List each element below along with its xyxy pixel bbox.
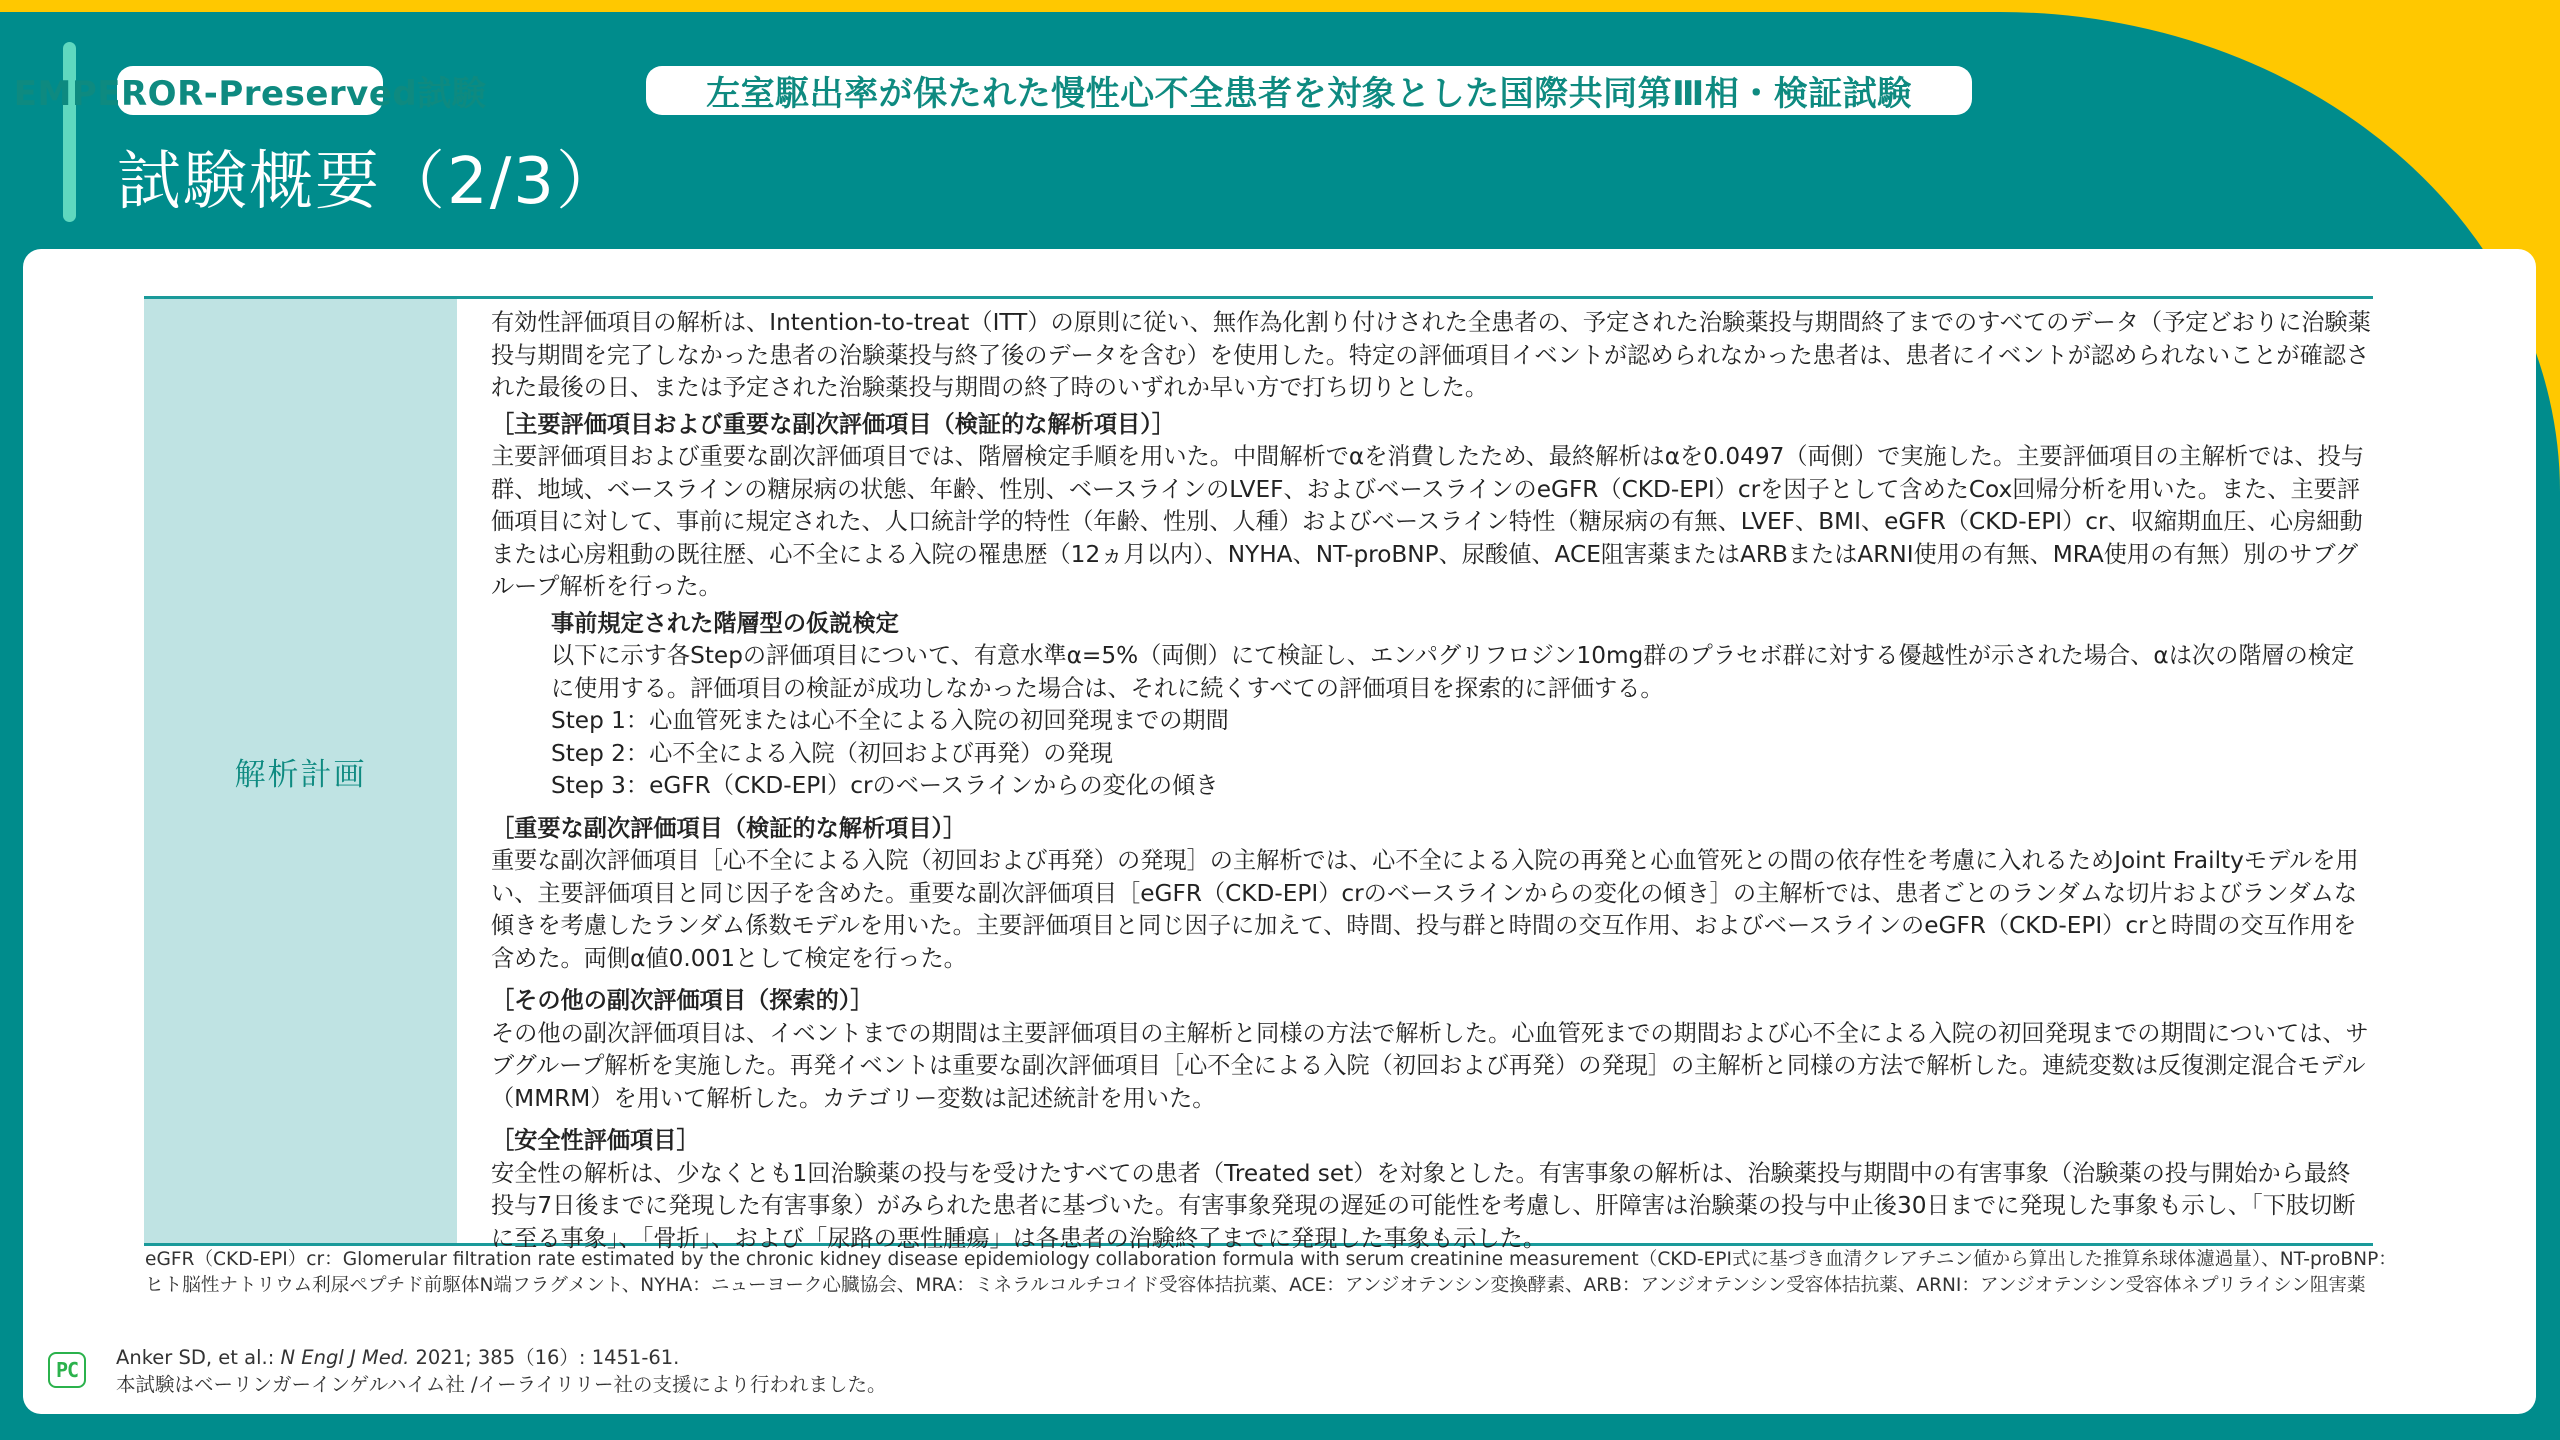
section-heading-safety: ［安全性評価項目］ (491, 1125, 2373, 1158)
analysis-plan-table: 解析計画 有効性評価項目の解析は、Intention-to-treat（ITT）… (144, 296, 2373, 1246)
step-item: Step 1：心血管死または心不全による入院の初回発現までの期間 (551, 705, 2373, 738)
subsection-body: 以下に示す各Stepの評価項目について、有意水準α=5%（両側）にて検証し、エン… (551, 640, 2373, 705)
section-heading-primary: ［主要評価項目および重要な副次評価項目（検証的な解析項目）］ (491, 409, 2373, 442)
trial-description-pill: 左室駆出率が保たれた慢性心不全患者を対象とした国際共同第Ⅲ相・検証試験 (646, 66, 1972, 115)
hierarchical-testing-block: 事前規定された階層型の仮説検定 以下に示す各Stepの評価項目について、有意水準… (491, 608, 2373, 803)
references: Anker SD, et al.: N Engl J Med. 2021; 38… (116, 1344, 887, 1398)
pc-logo-icon: PC (48, 1352, 86, 1388)
row-label: 解析計画 (235, 749, 367, 794)
abbreviations-text: eGFR（CKD-EPI）cr：Glomerular filtration ra… (145, 1247, 2415, 1299)
page-title: 試験概要（2/3） (117, 130, 622, 222)
support-statement: 本試験はベーリンガーインゲルハイム社 /イーライリリー社の支援により行われました… (116, 1371, 887, 1398)
row-content-cell: 有効性評価項目の解析は、Intention-to-treat（ITT）の原則に従… (457, 299, 2373, 1243)
section-heading-key-secondary: ［重要な副次評価項目（検証的な解析項目）］ (491, 813, 2373, 846)
abbreviation-footnotes: eGFR（CKD-EPI）cr：Glomerular filtration ra… (145, 1247, 2415, 1299)
section-body-other-secondary: その他の副次評価項目は、イベントまでの期間は主要評価項目の主解析と同様の方法で解… (491, 1018, 2373, 1116)
intro-paragraph: 有効性評価項目の解析は、Intention-to-treat（ITT）の原則に従… (491, 307, 2373, 405)
section-body-safety: 安全性の解析は、少なくとも1回治験薬の投与を受けたすべての患者（Treated … (491, 1158, 2373, 1256)
citation: Anker SD, et al.: N Engl J Med. 2021; 38… (116, 1344, 887, 1371)
step-item: Step 3：eGFR（CKD-EPI）crのベースラインからの変化の傾き (551, 770, 2373, 803)
step-item: Step 2：心不全による入院（初回および再発）の発現 (551, 738, 2373, 771)
section-body-key-secondary: 重要な副次評価項目［心不全による入院（初回および再発）の発現］の主解析では、心不… (491, 845, 2373, 975)
section-body-primary: 主要評価項目および重要な副次評価項目では、階層検定手順を用いた。中間解析でαを消… (491, 441, 2373, 604)
subsection-heading: 事前規定された階層型の仮説検定 (551, 608, 2373, 641)
section-heading-other-secondary: ［その他の副次評価項目（探索的）］ (491, 985, 2373, 1018)
trial-name-pill: EMPEROR-Preserved試験 (117, 66, 383, 115)
row-label-cell: 解析計画 (144, 299, 457, 1243)
